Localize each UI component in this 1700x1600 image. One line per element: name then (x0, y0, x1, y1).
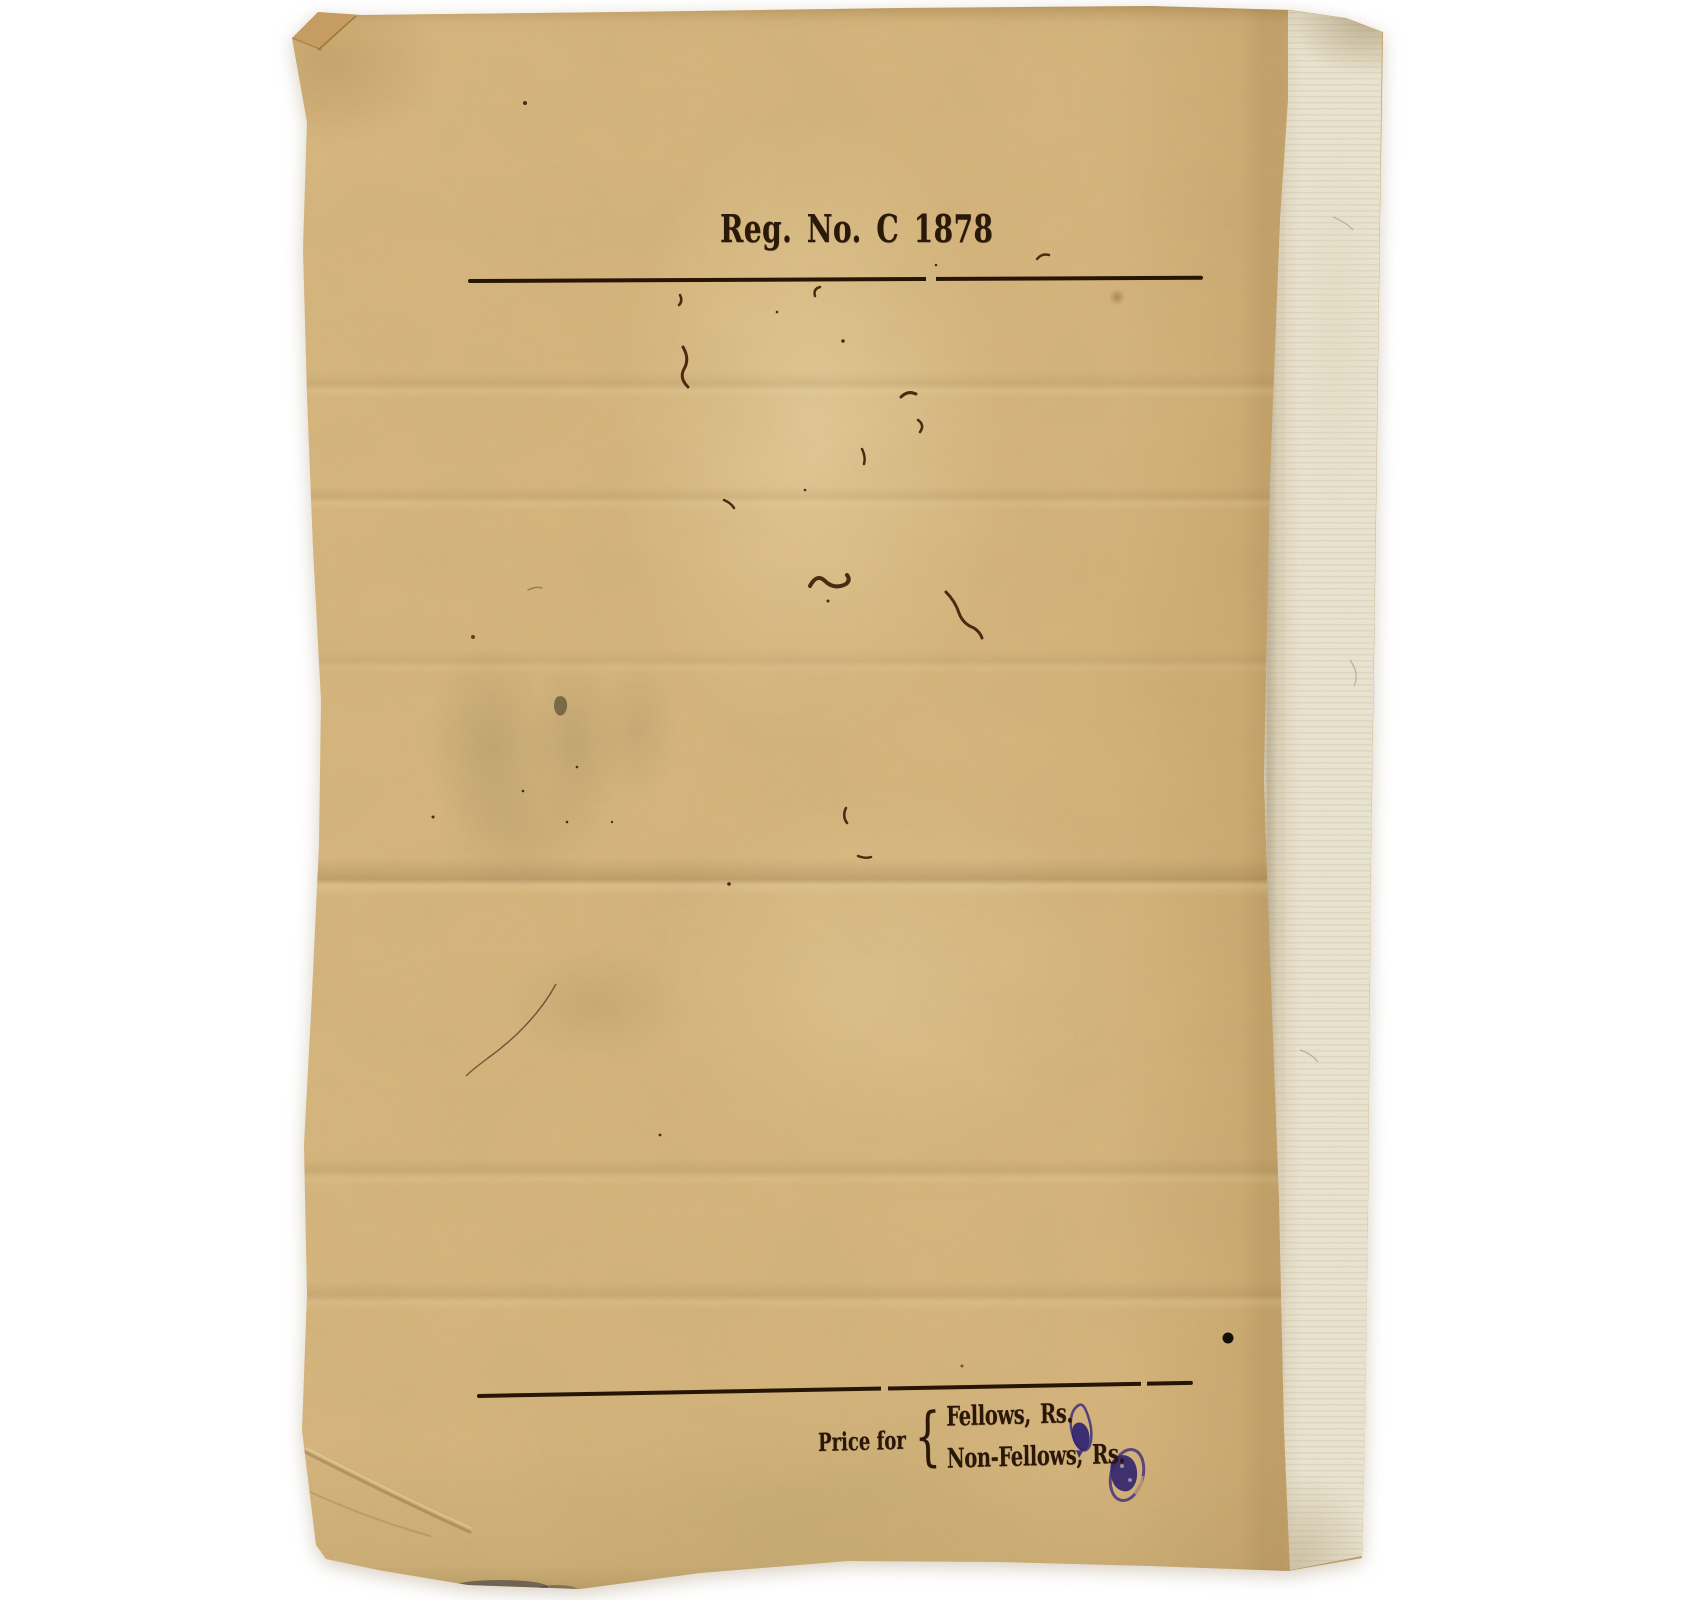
price-lines: Fellows, Rs. Non-Fellows, Rs. (946, 1392, 1125, 1481)
scanned-cover-photo: Reg. No. C 1878 Price for { Fellows, Rs.… (0, 0, 1700, 1600)
registration-number: Reg. No. C 1878 (720, 210, 1089, 248)
fellows-price-line: Fellows, Rs. (946, 1392, 1125, 1439)
book-back-cover: Reg. No. C 1878 Price for { Fellows, Rs.… (0, 0, 1700, 1600)
price-brace: { (914, 1407, 941, 1468)
price-for-label: Price for (818, 1425, 906, 1456)
price-block: Price for { Fellows, Rs. Non-Fellows, Rs… (817, 1392, 1125, 1484)
sheet-shadow-wrap: Reg. No. C 1878 Price for { Fellows, Rs.… (0, 0, 1700, 1600)
non-fellows-price-line: Non-Fellows, Rs. (947, 1434, 1126, 1481)
registration-number-text: Reg. No. C 1878 (720, 210, 993, 248)
